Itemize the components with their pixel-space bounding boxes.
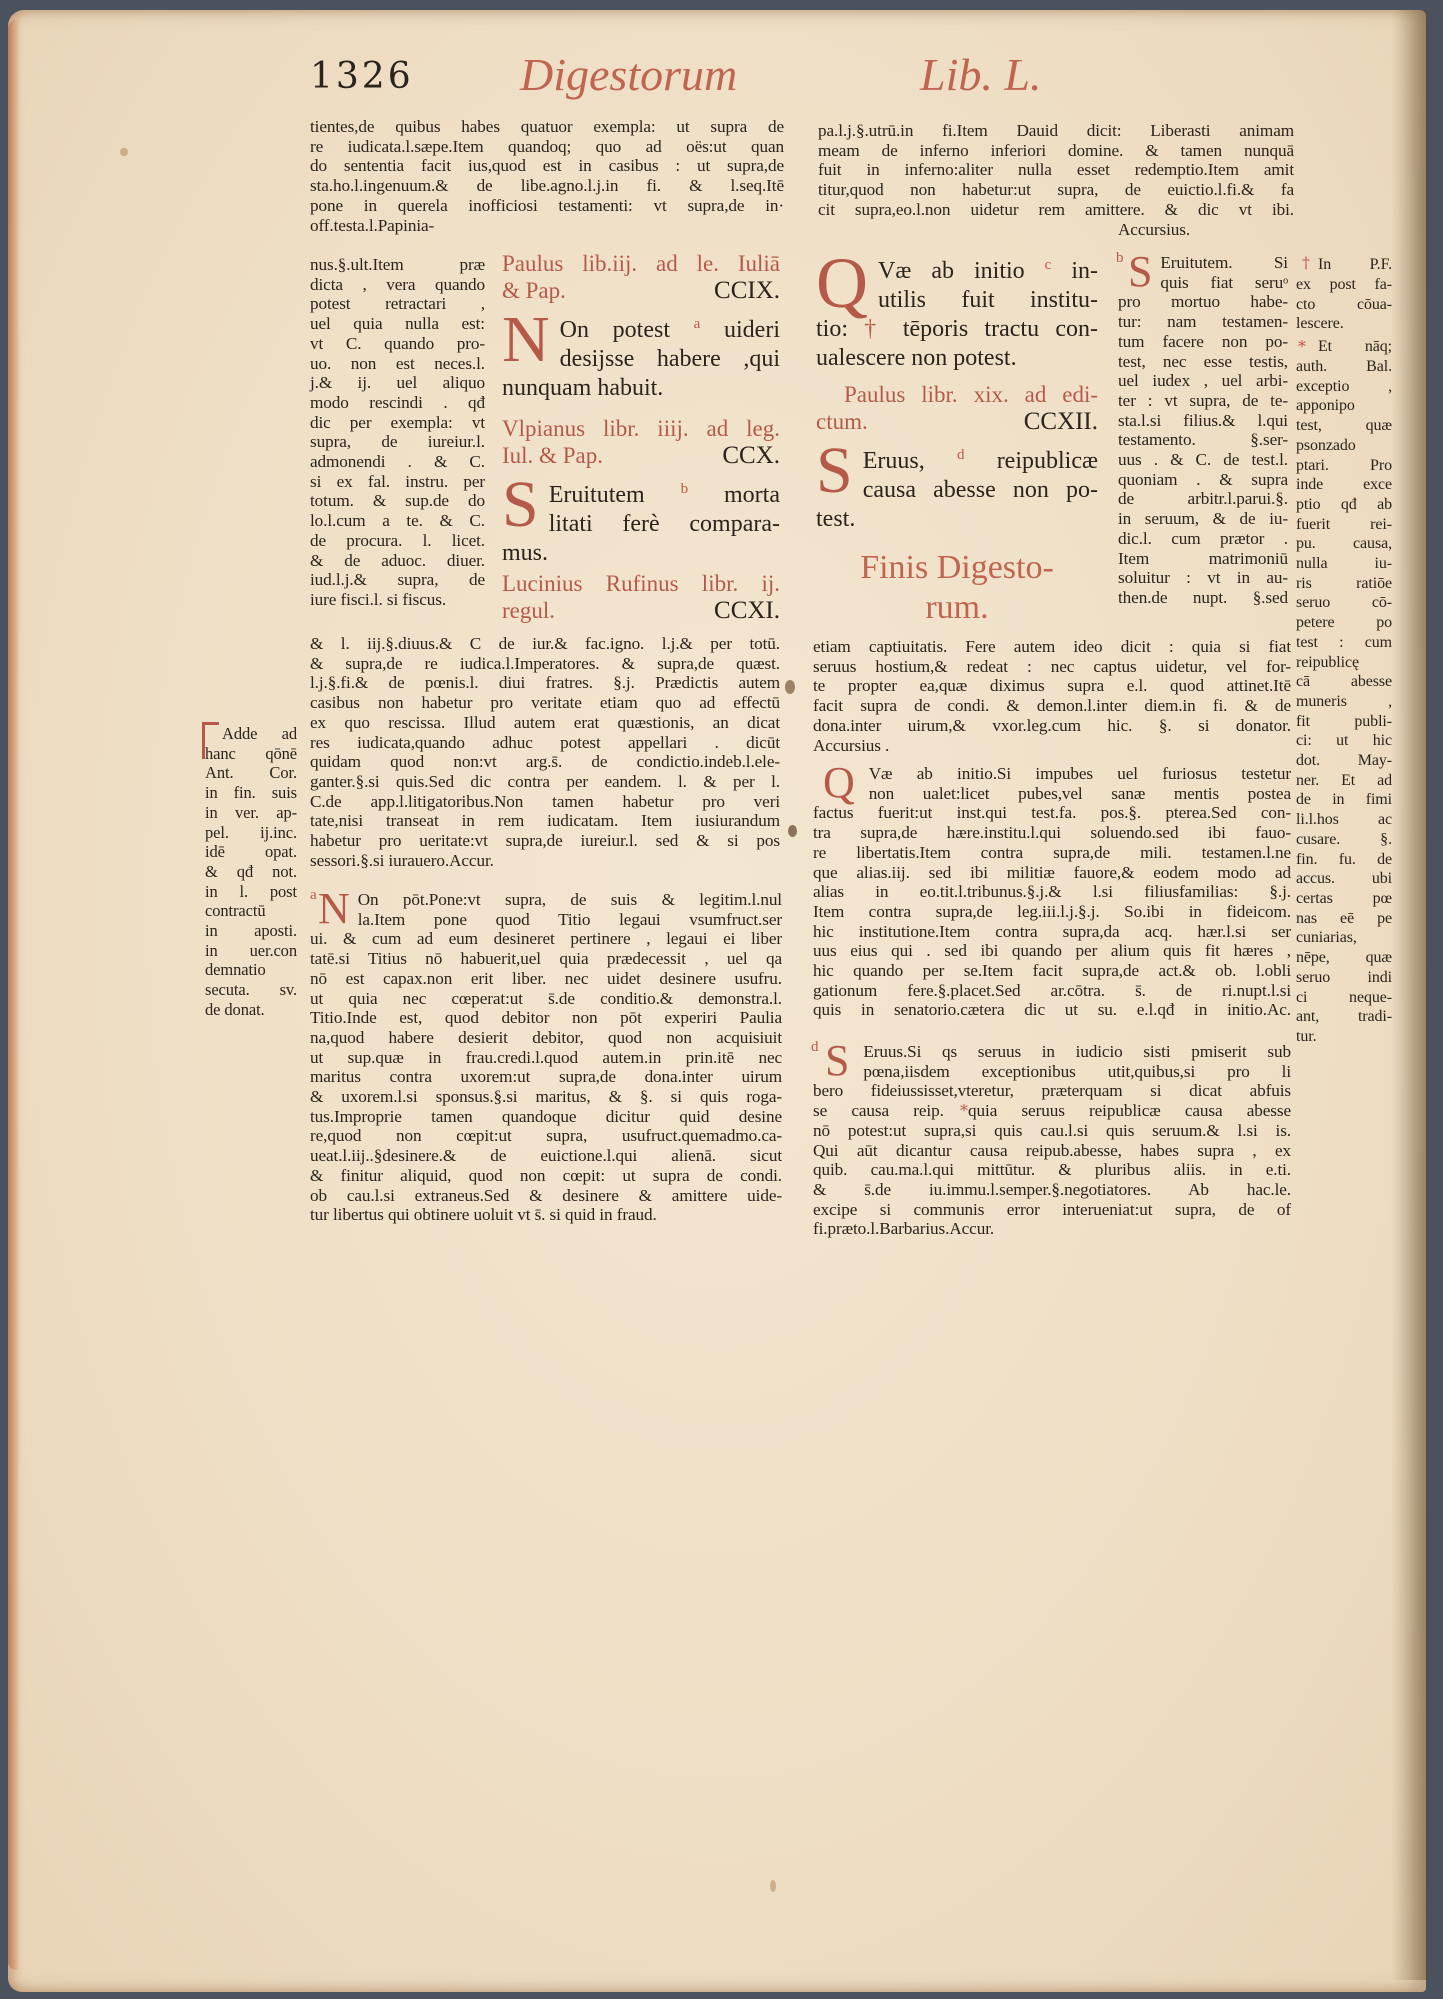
gloss-line: j.& ij. uel aliquo <box>310 373 485 393</box>
left-gloss-bottom: & l. iij.§.diuus.& C de iur.& fac.igno. … <box>310 634 780 870</box>
running-title: Digestorum <box>520 48 737 101</box>
gloss-line: uus . & C. de test.l. <box>1118 450 1288 470</box>
gloss-line: ganter.§.si quis.Sed dic contra per eand… <box>310 772 780 792</box>
gloss-line: do sententia facit ius,quod est in casib… <box>310 156 784 176</box>
note-marker: b <box>1116 249 1123 269</box>
gloss-line: gationum fere.§.placet.Sed ar.cōtra. s̄.… <box>813 981 1291 1001</box>
text-line: Eruitutem b morta <box>502 475 780 510</box>
gloss-line: ter : vt supra, de te- <box>1118 391 1288 411</box>
initial-letter-s: S <box>1128 253 1152 291</box>
gloss-line: sta.ho.l.ingenuum.& de libe.agno.l.j.in … <box>310 176 784 196</box>
book-number: Lib. L. <box>920 48 1041 101</box>
gloss-line: in seruum, & de iu- <box>1118 509 1288 529</box>
gloss-line: soluitur : vt in au- <box>1118 568 1288 588</box>
gloss-line: se causa reip. quia seruus reipublicæ ca… <box>813 1101 1291 1121</box>
gloss-line: testamento. §.ser- <box>1118 430 1288 450</box>
right-margin-note-dagger: In P.F. <box>1318 255 1392 275</box>
ink-blot <box>785 680 795 694</box>
margin-line: in aposti. <box>205 921 297 941</box>
margin-line: inde exce <box>1296 475 1392 495</box>
text-line: nunquam habuit. <box>502 374 780 403</box>
rubric-line: Paulus lib.iij. ad le. Iuliā <box>502 250 780 277</box>
margin-line: ner. Et ad <box>1296 771 1392 791</box>
gloss-line: ui. & cum ad eum desineret pertinere , l… <box>310 929 782 949</box>
margin-line: hanc qōnē <box>205 744 297 764</box>
gloss-line: ex quo rescissa. Illud autem erat quæsti… <box>310 713 780 733</box>
margin-line: ant, tradi- <box>1296 1007 1392 1027</box>
gloss-line: tate,nisi transeat in rem iudicatam. Ite… <box>310 811 780 831</box>
gloss-line: si ex fal. instru. per <box>310 472 485 492</box>
margin-line: lescere. <box>1296 314 1392 334</box>
margin-line: certas pœ <box>1296 889 1392 909</box>
rubric-line: & Pap.CCIX. <box>502 277 780 304</box>
left-gloss-a: a N On pōt.Pone:vt supra, de suis & legi… <box>310 890 782 1225</box>
margin-line: auth. Bal. <box>1296 357 1392 377</box>
text-line: Eruus, d reipublicæ <box>816 441 1098 476</box>
gloss-line: vt C. quando pro- <box>310 334 485 354</box>
foxing-spot <box>120 148 128 156</box>
gloss-line: Titio.Inde est, quod debitor non pōt exp… <box>310 1008 782 1028</box>
initial-letter-q: Q <box>823 764 855 802</box>
margin-line: ptari. Pro <box>1296 456 1392 476</box>
law-text: S Eruitutem b morta litati ferè compara-… <box>502 475 780 568</box>
initial-letter-s: S <box>825 1042 849 1080</box>
margin-line: demnatio <box>205 960 297 980</box>
gloss-line: ob cau.l.si extraneus.Sed & desinere & a… <box>310 1186 782 1206</box>
initial-letter-s: S <box>816 443 853 499</box>
note-marker: b <box>681 481 689 497</box>
law-ccxi-text: Q Væ ab initio c in- utilis fuit institu… <box>816 251 1098 373</box>
gloss-line: iud.l.j.& supra, de <box>310 570 485 590</box>
gloss-line: non ualet:licet pubes,vel sanæ mentis po… <box>813 784 1291 804</box>
margin-line: dot. May- <box>1296 751 1392 771</box>
gloss-line: ut quia nec cœperat:ut s̄.de conditio.& … <box>310 989 782 1009</box>
gloss-line: sta.l.si filius.& l.qui <box>1118 411 1288 431</box>
gloss-line: iure fisci.l. si fiscus. <box>310 590 485 610</box>
gloss-line: admonendi . & C. <box>310 452 485 472</box>
note-marker: d <box>811 1038 818 1058</box>
gloss-line: quoniam . & supra <box>1118 470 1288 490</box>
margin-line: li.l.hos ac <box>1296 810 1392 830</box>
left-gloss-top: tientes,de quibus habes quatuor exempla:… <box>310 117 784 235</box>
law-number: CCIX. <box>714 277 780 304</box>
margin-line: cuniarias, <box>1296 928 1392 948</box>
gloss-line: habetur pro ueritate:vt supra,de iureiur… <box>310 831 780 851</box>
law-number: CCXII. <box>1024 408 1098 435</box>
gloss-line: excipe si communis error interueniat:ut … <box>813 1200 1291 1220</box>
law-rubric: Paulus libr. xix. ad edi- ctum.CCXII. <box>816 381 1098 435</box>
gloss-line: maritus contra uxorem:ut supra,de dona.i… <box>310 1067 782 1087</box>
law-ccx: Vlpianus libr. iiij. ad leg. Iul. & Pap.… <box>502 415 780 568</box>
finis-line: Finis Digesto- <box>816 548 1098 588</box>
rubric-line: Lucinius Rufinus libr. ij. <box>502 570 780 597</box>
margin-line: test, quæ <box>1296 416 1392 436</box>
law-number: CCX. <box>722 442 780 469</box>
gloss-c-head: Q Væ ab initio.Si impubes uel furiosus t… <box>813 764 1291 803</box>
left-gloss-narrow: nus.§.ult.Item præ dicta , vera quando p… <box>310 255 485 610</box>
gloss-line: & supra,de re iudica.l.Imperatores. & su… <box>310 654 780 674</box>
margin-line: In P.F. <box>1318 255 1392 275</box>
gloss-line: ut sup.quæ in frau.credi.l.quod autem.in… <box>310 1048 782 1068</box>
gloss-line: meam de inferno inferiori domine. & tame… <box>818 141 1294 161</box>
law-ccxi-rubric: Lucinius Rufinus libr. ij. regul.CCXI. <box>502 570 780 624</box>
gloss-line: la.Item pone quod Titio legaui vsumfruct… <box>310 910 782 930</box>
gloss-line: tur: nam testamen- <box>1118 312 1288 332</box>
margin-line: ex post fa- <box>1296 275 1392 295</box>
rubric-line: Vlpianus libr. iiij. ad leg. <box>502 415 780 442</box>
gloss-line: res iudicata,quando adhuc potest appella… <box>310 733 780 753</box>
asterisk-marker: * <box>1298 337 1306 356</box>
gloss-line: pœna,iisdem exceptionibus utit,quibus,si… <box>813 1062 1291 1082</box>
rubric-text: regul. <box>502 598 555 623</box>
right-gloss-b: b S Eruitutem. Si quis fiat seruᵒ pro mo… <box>1118 253 1288 608</box>
text-line: causa abesse non po- <box>816 476 1098 505</box>
margin-line: secuta. sv. <box>205 980 297 1000</box>
margin-line: in uer.con <box>205 941 297 961</box>
right-margin-note-asterisk-cont: auth. Bal. exceptio , apponipo test, quæ… <box>1296 357 1392 1047</box>
gloss-line: hic quando per se.Item facit supra,de ac… <box>813 961 1291 981</box>
margin-line: in l. post <box>205 882 297 902</box>
right-main-text: Q Væ ab initio c in- utilis fuit institu… <box>816 251 1098 628</box>
rubric-line: Iul. & Pap.CCX. <box>502 442 780 469</box>
gloss-line: dic.l. cum prætor . <box>1118 529 1288 549</box>
margin-line: contractū <box>205 901 297 921</box>
margin-line: accus. ubi <box>1296 869 1392 889</box>
gloss-line: tatē.si Titius nō habuerit,uel quia præd… <box>310 949 782 969</box>
gloss-line: de procura. l. licet. <box>310 531 485 551</box>
note-marker: a <box>310 886 317 906</box>
gloss-line: de arbitr.l.parui.§. <box>1118 489 1288 509</box>
rubric-line: ctum.CCXII. <box>816 408 1098 435</box>
gloss-line: uel iudex , uel arbi- <box>1118 371 1288 391</box>
gloss-line: Item matrimoniū <box>1118 549 1288 569</box>
law-rubric: Paulus lib.iij. ad le. Iuliā & Pap.CCIX. <box>502 250 780 304</box>
finis-digestorum: Finis Digesto- rum. <box>816 548 1098 628</box>
left-margin-note: Adde ad hanc qōnē Ant. Cor. in fin. suis… <box>205 724 297 1020</box>
gloss-line: lo.l.cum a te. & C. <box>310 511 485 531</box>
initial-letter-n: N <box>502 312 550 368</box>
asterisk-marker: * <box>960 1101 968 1120</box>
gloss-line: uus eius qui . sed ibi quando per alium … <box>813 941 1291 961</box>
ink-blot <box>788 825 797 837</box>
gloss-line: Qui aūt dicantur causa reipub.abesse, ha… <box>813 1141 1291 1161</box>
margin-line: nēpe, quæ <box>1296 948 1392 968</box>
gloss-line: cit supra,eo.l.non uidetur rem amittere.… <box>818 200 1294 220</box>
margin-line: reipublicę <box>1296 653 1392 673</box>
gloss-d-head: d S Eruus.Si qs seruus in iudicio sisti … <box>813 1042 1291 1081</box>
gloss-line: sessori.§.si iurauero.Accur. <box>310 851 780 871</box>
margin-line: de in fimi <box>1296 790 1392 810</box>
law-rubric: Vlpianus libr. iiij. ad leg. Iul. & Pap.… <box>502 415 780 469</box>
gloss-line: facit supra de condi. & demon.l.inter di… <box>813 696 1291 716</box>
margin-line: ptio qđ ab <box>1296 495 1392 515</box>
right-margin-note-asterisk: Et nāq; <box>1318 337 1392 357</box>
note-marker: d <box>957 447 965 463</box>
page-left-edge <box>8 20 20 1970</box>
right-margin-note-dagger-cont: ex post fa- cto cōua- lescere. <box>1296 275 1392 334</box>
gloss-line: tur libertus qui obtinere uoluit vt s̄. … <box>310 1205 782 1225</box>
gloss-line: re iudicata.l.sæpe.Item quandoq; quo ad … <box>310 137 784 157</box>
gloss-line: nus.§.ult.Item præ <box>310 255 485 275</box>
gloss-line: & de aduoc. diuer. <box>310 551 485 571</box>
gloss-line: etiam captiuitatis. Fere autem ideo dici… <box>813 637 1291 657</box>
gloss-b-head: b S Eruitutem. Si quis fiat seruᵒ <box>1118 253 1288 292</box>
margin-line: exceptio , <box>1296 377 1392 397</box>
gloss-line: & s̄.de iu.immu.l.semper.§.negotiatores.… <box>813 1180 1291 1200</box>
margin-line: muneris , <box>1296 692 1392 712</box>
gloss-line: Accursius . <box>813 736 1291 756</box>
right-gloss-top: pa.l.j.§.utrū.in fi.Item Dauid dicit: Li… <box>818 121 1294 239</box>
folio-number: 1326 <box>310 56 414 97</box>
gloss-line: nō potest:ut supra,si quis cau.l.si quis… <box>813 1121 1291 1141</box>
gloss-line: fuit in inferno:aliter nulla esset redem… <box>818 160 1294 180</box>
margin-line: petere po <box>1296 613 1392 633</box>
margin-line: Ant. Cor. <box>205 763 297 783</box>
gloss-line: nō est capax.non erit liber. nec uidet d… <box>310 969 782 989</box>
gloss-line: dona.inter uirum,& vxor.leg.cum hic. §. … <box>813 716 1291 736</box>
margin-line: test : cum <box>1296 633 1392 653</box>
margin-line: cusare. §. <box>1296 830 1392 850</box>
gloss-line: Accursius. <box>818 220 1294 240</box>
gloss-line: que alias.iij. sed ibi militiæ fauore,& … <box>813 863 1291 883</box>
margin-line: de donat. <box>205 1000 297 1020</box>
note-marker: c <box>1045 257 1052 273</box>
rubric-line: regul.CCXI. <box>502 597 780 624</box>
gloss-line: re,quod non cœpit:ut supra, usufruct.que… <box>310 1126 782 1146</box>
gloss-line: factus fuerit:ut inst.qui test.fa. pos.§… <box>813 803 1291 823</box>
gloss-line: pone in querela inofficiosi testamenti: … <box>310 196 784 216</box>
law-ccix: Paulus lib.iij. ad le. Iuliā & Pap.CCIX.… <box>502 250 780 403</box>
gloss-line: pa.l.j.§.utrū.in fi.Item Dauid dicit: Li… <box>818 121 1294 141</box>
text-line: litati ferè compara- <box>502 510 780 539</box>
gloss-line: C.de app.l.litigatoribus.Non tamen habet… <box>310 792 780 812</box>
margin-line: apponipo <box>1296 396 1392 416</box>
gloss-line: & l. iij.§.diuus.& C de iur.& fac.igno. … <box>310 634 780 654</box>
gloss-line: off.testa.l.Papinia- <box>310 216 784 236</box>
initial-letter-q: Q <box>816 253 868 313</box>
law-number: CCXI. <box>714 597 780 624</box>
page-right-edge-stain <box>1391 10 1429 1980</box>
law-text: S Eruus, d reipublicæ causa abesse non p… <box>816 441 1098 534</box>
right-gloss-c: Q Væ ab initio.Si impubes uel furiosus t… <box>813 764 1291 1020</box>
margin-line: pu. causa, <box>1296 534 1392 554</box>
margin-line: Et nāq; <box>1318 337 1392 357</box>
margin-line: fuerit rei- <box>1296 515 1392 535</box>
gloss-line: dicta , vera quando <box>310 275 485 295</box>
right-gloss-b-continued: etiam captiuitatis. Fere autem ideo dici… <box>813 637 1291 755</box>
margin-line: cto cōua- <box>1296 295 1392 315</box>
law-ccxii: Paulus libr. xix. ad edi- ctum.CCXII. S … <box>816 381 1098 534</box>
margin-line: ci neque- <box>1296 988 1392 1008</box>
note-marker: a <box>694 316 701 332</box>
initial-letter-n: N <box>318 890 350 928</box>
gloss-line: quidam quod non:vt arg.s̄. de condictio.… <box>310 752 780 772</box>
gloss-line: casibus non habetur pro veritate etiam q… <box>310 693 780 713</box>
text-line: mus. <box>502 539 780 568</box>
margin-line: Adde ad <box>205 724 297 744</box>
margin-line: ci: ut hic <box>1296 731 1392 751</box>
dagger-marker: † <box>864 316 886 342</box>
margin-line: seruo cō- <box>1296 593 1392 613</box>
gloss-line: modo rescindi . qđ <box>310 393 485 413</box>
gloss-line: test, nec esse testis, <box>1118 352 1288 372</box>
margin-line: fit publi- <box>1296 712 1392 732</box>
margin-line: pel. ij.inc. <box>205 823 297 843</box>
gloss-line: then.de nupt. §.sed <box>1118 588 1288 608</box>
margin-line: psonzado <box>1296 436 1392 456</box>
gloss-line: seruus hostium,& redeat : nec captus uid… <box>813 657 1291 677</box>
text-line: tio: † tēporis tractu con- <box>816 315 1098 344</box>
gloss-line: ueat.l.iij..§desinere.& de euictione.l.q… <box>310 1146 782 1166</box>
margin-line: tur. <box>1296 1027 1392 1047</box>
gloss-line: & finitur aliquid, quod non cœpit: ut su… <box>310 1166 782 1186</box>
gloss-line: alias in eo.tit.l.tribunus.§.j.& l.si fi… <box>813 882 1291 902</box>
gloss-line: titur,quod non habetur:ut supra, de euic… <box>818 180 1294 200</box>
gloss-line: dic per exempla: vt <box>310 413 485 433</box>
gloss-line: tra supra,de hære.institu.l.qui soluendo… <box>813 823 1291 843</box>
right-gloss-d: d S Eruus.Si qs seruus in iudicio sisti … <box>813 1042 1291 1239</box>
rubric-text: Iul. & Pap. <box>502 443 603 468</box>
gloss-line: Eruus.Si qs seruus in iudicio sisti pmis… <box>813 1042 1291 1062</box>
gloss-line: l.j.§.fi.& de pœnis.l. diui fratres. §.j… <box>310 673 780 693</box>
text-line: ualescere non potest. <box>816 344 1098 373</box>
gloss-line: fi.præto.l.Barbarius.Accur. <box>813 1219 1291 1239</box>
law-text: N On potest a uideri desijsse habere ,qu… <box>502 310 780 403</box>
margin-line: & qđ not. <box>205 862 297 882</box>
gloss-line: On pōt.Pone:vt supra, de suis & legitim.… <box>310 890 782 910</box>
left-main-text: Paulus lib.iij. ad le. Iuliā & Pap.CCIX.… <box>502 250 780 624</box>
rubric-line: Paulus libr. xix. ad edi- <box>816 381 1098 408</box>
gloss-line: tus.Improprie tamen quandoque dicitur qu… <box>310 1107 782 1127</box>
initial-letter-s: S <box>502 477 539 533</box>
gloss-line: re libertatis.Item contra supra,de mili.… <box>813 843 1291 863</box>
gloss-line: te propter ea,quæ diximus supra e.l. quo… <box>813 676 1291 696</box>
gloss-line: tum facere non po- <box>1118 332 1288 352</box>
gloss-line: supra, de iureiur.l. <box>310 432 485 452</box>
margin-line: nulla iu- <box>1296 554 1392 574</box>
gloss-line: quis in senatorio.cætera dic ut su. e.l.… <box>813 1000 1291 1020</box>
dagger-marker: † <box>1302 253 1310 272</box>
margin-line: seruo indi <box>1296 968 1392 988</box>
rubric-text: & Pap. <box>502 278 566 303</box>
gloss-line: & uxorem.l.si sponsus.§.si maritus, & §.… <box>310 1087 782 1107</box>
gloss-line: potest retractari , <box>310 294 485 314</box>
gloss-line: tientes,de quibus habes quatuor exempla:… <box>310 117 784 137</box>
gloss-line: uo. non est neces.l. <box>310 354 485 374</box>
gloss-line: Væ ab initio.Si impubes uel furiosus tes… <box>813 764 1291 784</box>
gloss-line: totum. & sup.de do <box>310 491 485 511</box>
margin-line: in ver. ap- <box>205 803 297 823</box>
gloss-line: na,quod habere desierit debitor, quod no… <box>310 1028 782 1048</box>
margin-line: fin. fu. de <box>1296 850 1392 870</box>
law-rubric: Lucinius Rufinus libr. ij. regul.CCXI. <box>502 570 780 624</box>
margin-line: cā abesse <box>1296 672 1392 692</box>
gloss-line: quib. cau.ma.l.qui mittūtur. & pluribus … <box>813 1160 1291 1180</box>
margin-line: idē opat. <box>205 842 297 862</box>
gloss-line: Item contra supra,de leg.iii.l.j.§.j. So… <box>813 902 1291 922</box>
margin-line: ris ratiōe <box>1296 574 1392 594</box>
text-line: test. <box>816 505 1098 534</box>
margin-line: in fin. suis <box>205 783 297 803</box>
foxing-spot <box>770 1880 776 1892</box>
rubric-text: ctum. <box>816 409 868 434</box>
gloss-line: uel quia nulla est: <box>310 314 485 334</box>
gloss-line: hic institutione.Item contra supra,da ac… <box>813 922 1291 942</box>
margin-line: nas eē pe <box>1296 909 1392 929</box>
gloss-a-head: a N On pōt.Pone:vt supra, de suis & legi… <box>310 890 782 929</box>
finis-line: rum. <box>816 588 1098 628</box>
gloss-line: bero fideiussisset,vteretur, præterquam … <box>813 1081 1291 1101</box>
